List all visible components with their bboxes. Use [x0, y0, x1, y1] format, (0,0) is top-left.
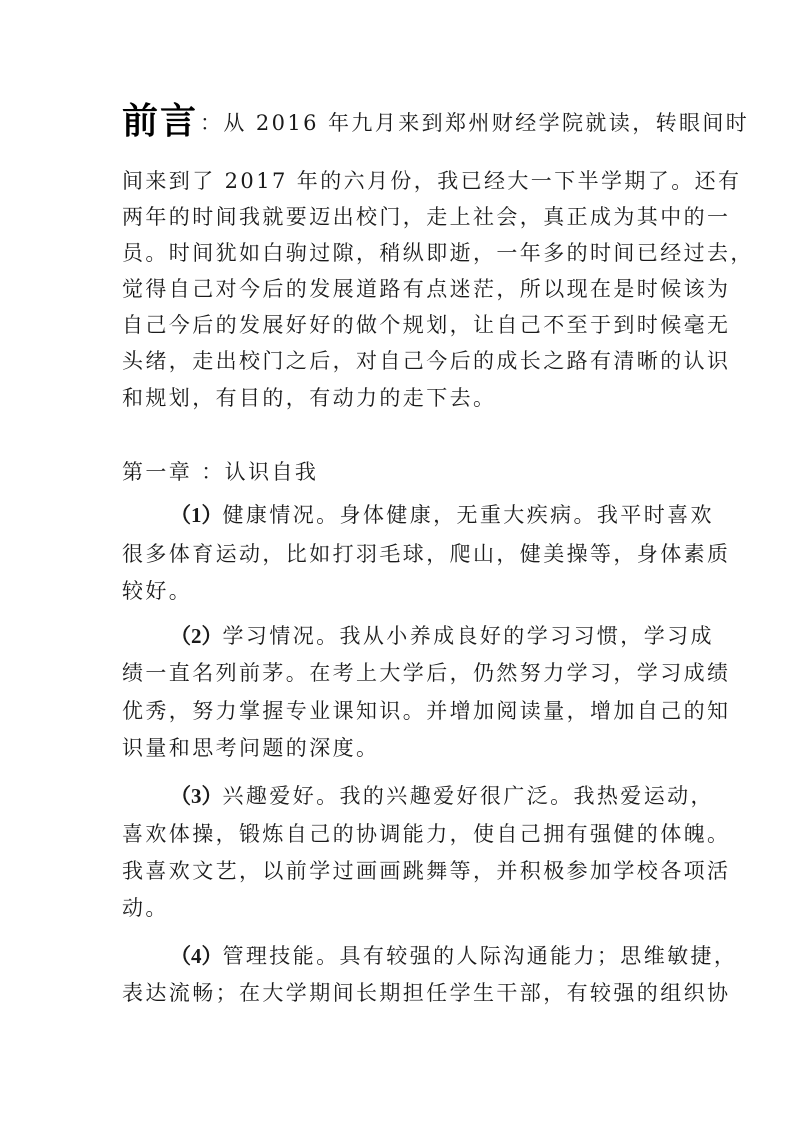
section-3-marker: （3） [170, 784, 223, 808]
section-4-marker: （4） [170, 944, 223, 968]
preface-heading: 前言 [122, 101, 198, 142]
section-2-line-2: 绩一直名列前茅。在考上大学后，仍然努力学习，学习成绩 [122, 658, 730, 688]
section-3-line-3: 我喜欢文艺，以前学过画画跳舞等，并积极参加学校各项活 [122, 856, 730, 886]
section-2-line-1: （2）学习情况。我从小养成良好的学习习惯，学习成 [170, 621, 714, 651]
section-4-text: 管理技能。具有较强的人际沟通能力；思维敏捷， [223, 944, 738, 968]
section-4-line-1: （4）管理技能。具有较强的人际沟通能力；思维敏捷， [170, 941, 737, 971]
section-3-line-1: （3）兴趣爱好。我的兴趣爱好很广泛。我热爱运动， [170, 781, 714, 811]
section-1-marker: （1） [170, 503, 223, 527]
section-2-line-4: 识量和思考问题的深度。 [122, 733, 379, 763]
preface-line-5: 觉得自己对今后的发展道路有点迷茫，所以现在是时候该为 [122, 274, 730, 304]
preface-text: ：从 2016 年九月来到郑州财经学院就读，转眼间时 [200, 111, 749, 135]
preface-line-1: 前言：从 2016 年九月来到郑州财经学院就读，转眼间时 [122, 107, 749, 137]
chapter-title: 第一章 ：认识自我 [122, 457, 318, 487]
preface-line-7: 头绪，走出校门之后，对自己今后的成长之路有清晰的认识 [122, 346, 730, 376]
section-1-line-3: 较好。 [122, 576, 192, 606]
section-1-line-1: （1）健康情况。身体健康，无重大疾病。我平时喜欢 [170, 500, 714, 530]
section-2-marker: （2） [170, 624, 223, 648]
section-3-line-4: 动。 [122, 893, 169, 923]
section-1-line-2: 很多体育运动，比如打羽毛球，爬山，健美操等，身体素质 [122, 539, 730, 569]
section-3-line-2: 喜欢体操，锻炼自己的协调能力，使自己拥有强健的体魄。 [122, 819, 730, 849]
preface-line-8: 和规划，有目的，有动力的走下去。 [122, 383, 496, 413]
preface-line-2: 间来到了 2017 年的六月份，我已经大一下半学期了。还有 [122, 166, 741, 196]
preface-line-6: 自己今后的发展好好的做个规划，让自己不至于到时候毫无 [122, 310, 730, 340]
section-2-text: 学习情况。我从小养成良好的学习习惯，学习成 [223, 624, 714, 648]
section-2-line-3: 优秀，努力掌握专业课知识。并增加阅读量，增加自己的知 [122, 696, 730, 726]
preface-line-4: 员。时间犹如白驹过隙，稍纵即逝，一年多的时间已经过去， [122, 238, 754, 268]
document-page: 前言：从 2016 年九月来到郑州财经学院就读，转眼间时 间来到了 2017 年… [0, 0, 793, 1122]
section-4-line-2: 表达流畅；在大学期间长期担任学生干部，有较强的组织协 [122, 978, 730, 1008]
section-3-text: 兴趣爱好。我的兴趣爱好很广泛。我热爱运动， [223, 784, 714, 808]
preface-line-3: 两年的时间我就要迈出校门，走上社会，真正成为其中的一 [122, 202, 730, 232]
section-1-text: 健康情况。身体健康，无重大疾病。我平时喜欢 [223, 503, 714, 527]
